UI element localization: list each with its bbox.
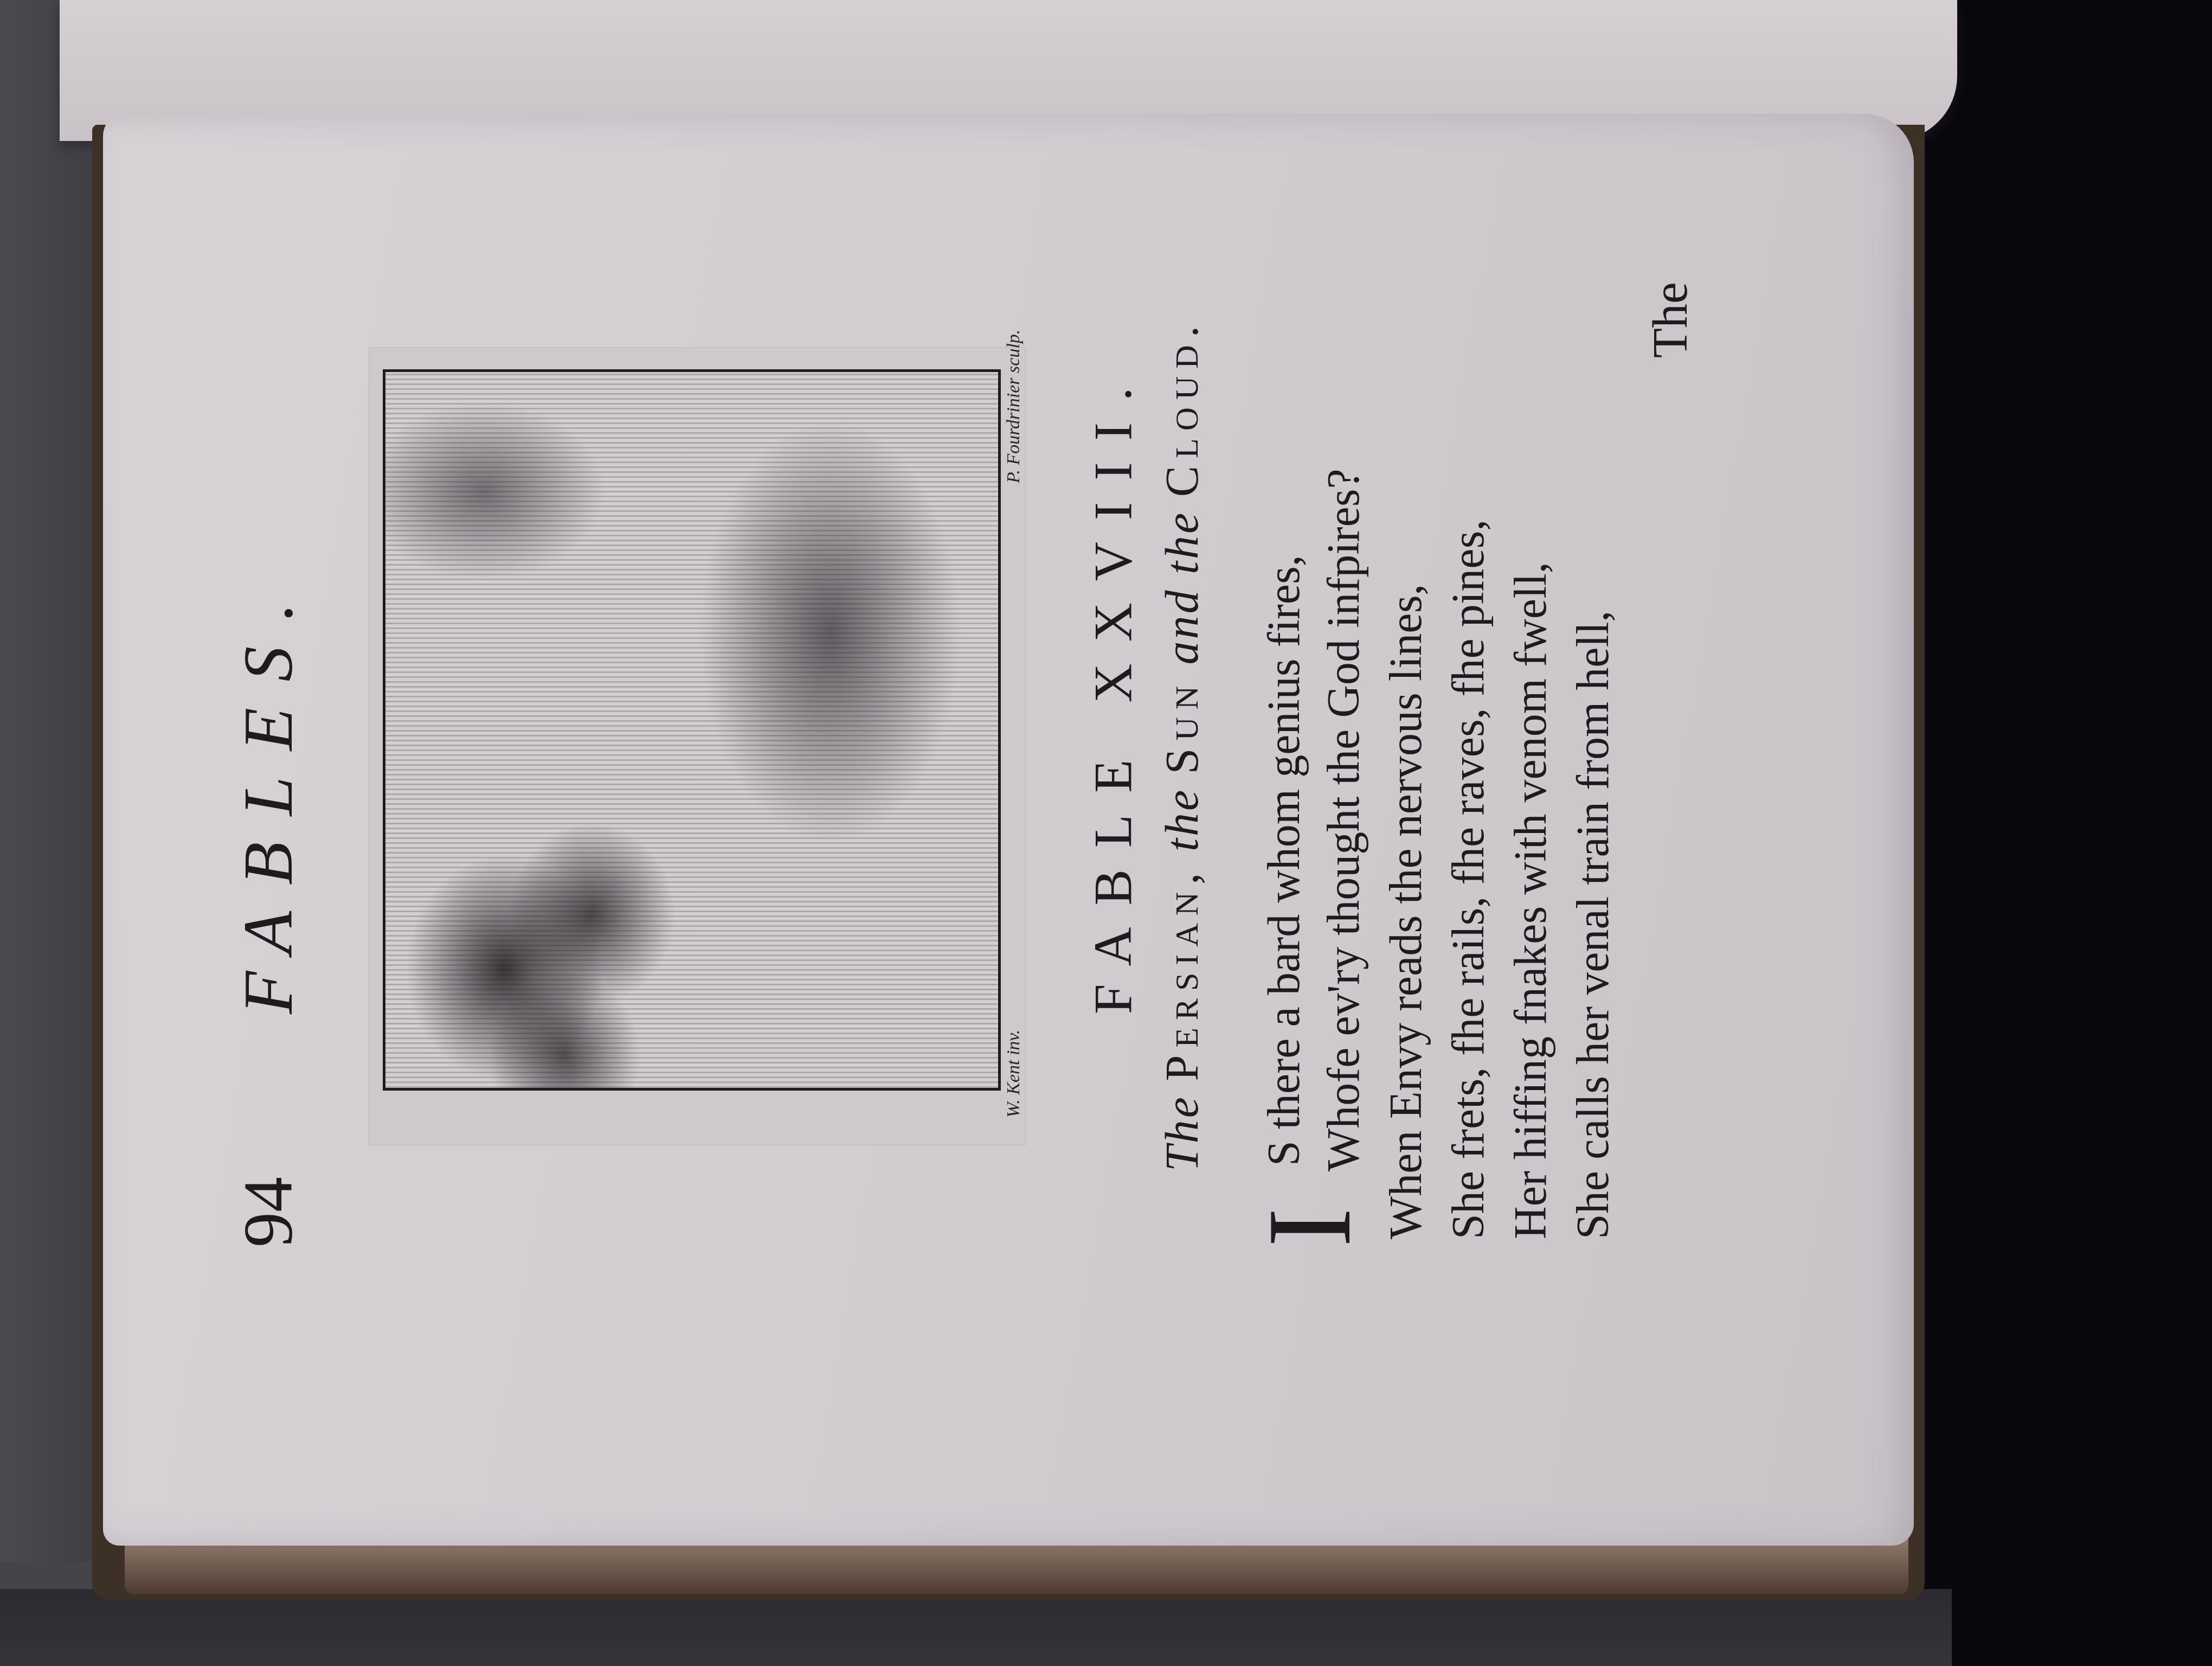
poem-line: Her hiffing fnakes with venom fwell,: [1504, 562, 1557, 1239]
table-surface: [0, 1589, 1952, 1666]
poem-line: S there a bard whom genius fires,: [1258, 555, 1310, 1166]
page-number: 94: [228, 1177, 309, 1247]
title-word: Sun: [1156, 678, 1208, 774]
drop-cap: I: [1250, 1208, 1369, 1247]
catchword: The: [1643, 282, 1699, 358]
poem-line: She frets, fhe rails, fhe raves, fhe pin…: [1442, 520, 1495, 1239]
artist-credit: W. Kent inv.: [1004, 1030, 1024, 1118]
fable-title: The Persian, the Sun and the Cloud.: [1155, 318, 1209, 1171]
title-word: the: [1156, 511, 1208, 574]
title-word: the: [1156, 788, 1208, 851]
title-word: and: [1156, 588, 1208, 664]
engraving-plate: [383, 369, 1001, 1091]
engraving-illustration: W. Kent inv. P. Fourdrinier sculp.: [369, 347, 1026, 1145]
title-word: Cloud.: [1156, 318, 1208, 497]
title-word: Persian,: [1156, 865, 1208, 1081]
poem-line: She calls her venal train from hell,: [1567, 611, 1619, 1239]
poem-line: When Envy reads the nervous lines,: [1380, 584, 1432, 1239]
fable-number: FABLE XXVIII.: [1082, 366, 1144, 1014]
poem-line: Whofe ev'ry thought the God infpires?: [1317, 469, 1370, 1171]
engraver-credit: P. Fourdrinier sculp.: [1004, 330, 1024, 483]
title-word: The: [1156, 1095, 1208, 1171]
running-head: FABLES.: [228, 576, 309, 1014]
